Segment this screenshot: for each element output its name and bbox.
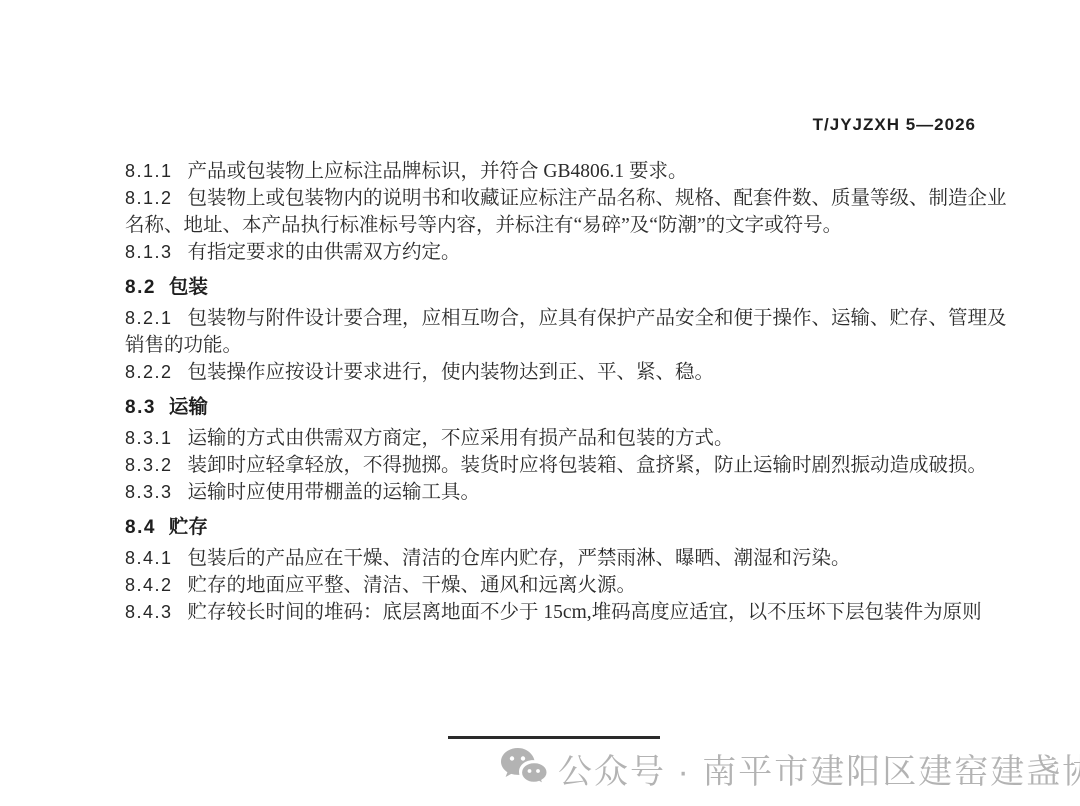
section-heading-8.2: 8.2包装 [125, 274, 1025, 301]
clause-8.2.1: 8.2.1包装物与附件设计要合理，应相互吻合，应具有保护产品安全和便于操作、运输… [125, 305, 1025, 359]
clause-number: 8.1.3 [125, 242, 173, 262]
clause-number: 8.3.1 [125, 428, 173, 448]
footer-rule [448, 736, 660, 739]
section-number: 8.2 [125, 277, 156, 298]
clause-8.3.1: 8.3.1运输的方式由供需双方商定，不应采用有损产品和包装的方式。 [125, 425, 1025, 452]
clause-text: 包装物与附件设计要合理，应相互吻合，应具有保护产品安全和便于操作、运输、贮存、管… [125, 308, 1007, 356]
clause-text: 运输的方式由供需双方商定，不应采用有损产品和包装的方式。 [188, 428, 734, 449]
section-title: 贮存 [169, 516, 208, 538]
section-heading-8.4: 8.4贮存 [125, 514, 1025, 541]
section-heading-8.3: 8.3运输 [125, 394, 1025, 421]
clause-text: 包装物上或包装物内的说明书和收藏证应标注产品名称、规格、配套件数、质量等级、制造… [125, 188, 1007, 236]
clause-number: 8.2.1 [125, 308, 173, 328]
clause-8.3.3: 8.3.3运输时应使用带棚盖的运输工具。 [125, 479, 1025, 506]
clause-number: 8.4.1 [125, 548, 173, 568]
clause-text: 装卸时应轻拿轻放，不得抛掷。装货时应将包装箱、盒挤紧，防止运输时剧烈振动造成破损… [188, 455, 988, 476]
clause-text: 贮存较长时间的堆码：底层离地面不少于 15cm,堆码高度应适宜，以不压坏下层包装… [188, 602, 982, 623]
clause-8.1.3: 8.1.3有指定要求的由供需双方约定。 [125, 239, 1025, 266]
clause-text: 包装后的产品应在干燥、清洁的仓库内贮存，严禁雨淋、曝晒、潮湿和污染。 [188, 548, 851, 569]
clause-number: 8.1.1 [125, 161, 173, 181]
wechat-icon [500, 747, 548, 791]
clause-number: 8.3.3 [125, 482, 173, 502]
clause-8.4.1: 8.4.1包装后的产品应在干燥、清洁的仓库内贮存，严禁雨淋、曝晒、潮湿和污染。 [125, 545, 1025, 572]
clause-8.4.2: 8.4.2贮存的地面应平整、清洁、干燥、通风和远离火源。 [125, 572, 1025, 599]
section-title: 包装 [169, 276, 208, 298]
section-number: 8.3 [125, 397, 156, 418]
clause-text: 运输时应使用带棚盖的运输工具。 [188, 482, 481, 503]
watermark: 公众号 · 南平市建阳区建窑建盏协会 [500, 744, 1080, 793]
clause-8.2.2: 8.2.2包装操作应按设计要求进行，使内装物达到正、平、紧、稳。 [125, 359, 1025, 386]
clause-8.1.2: 8.1.2包装物上或包装物内的说明书和收藏证应标注产品名称、规格、配套件数、质量… [125, 185, 1025, 239]
clause-number: 8.4.3 [125, 602, 173, 622]
clause-8.4.3: 8.4.3贮存较长时间的堆码：底层离地面不少于 15cm,堆码高度应适宜，以不压… [125, 599, 1025, 626]
clause-8.1.1: 8.1.1产品或包装物上应标注品牌标识，并符合 GB4806.1 要求。 [125, 158, 1025, 185]
watermark-text: 公众号 · 南平市建阳区建窑建盏协会 [558, 744, 1080, 793]
clause-text: 有指定要求的由供需双方约定。 [188, 242, 461, 263]
clause-number: 8.3.2 [125, 455, 173, 475]
section-number: 8.4 [125, 517, 156, 538]
clause-number: 8.2.2 [125, 362, 173, 382]
clause-text: 包装操作应按设计要求进行，使内装物达到正、平、紧、稳。 [188, 362, 715, 383]
document-body: 8.1.1产品或包装物上应标注品牌标识，并符合 GB4806.1 要求。8.1.… [125, 158, 1025, 626]
section-title: 运输 [169, 396, 208, 418]
clause-text: 产品或包装物上应标注品牌标识，并符合 GB4806.1 要求。 [188, 161, 688, 182]
doc-number: T/JYJZXH 5—2026 [813, 115, 976, 135]
clause-number: 8.1.2 [125, 188, 173, 208]
document-page: T/JYJZXH 5—2026 8.1.1产品或包装物上应标注品牌标识，并符合 … [0, 0, 1080, 806]
clause-number: 8.4.2 [125, 575, 173, 595]
clause-8.3.2: 8.3.2装卸时应轻拿轻放，不得抛掷。装货时应将包装箱、盒挤紧，防止运输时剧烈振… [125, 452, 1025, 479]
clause-text: 贮存的地面应平整、清洁、干燥、通风和远离火源。 [188, 575, 637, 596]
